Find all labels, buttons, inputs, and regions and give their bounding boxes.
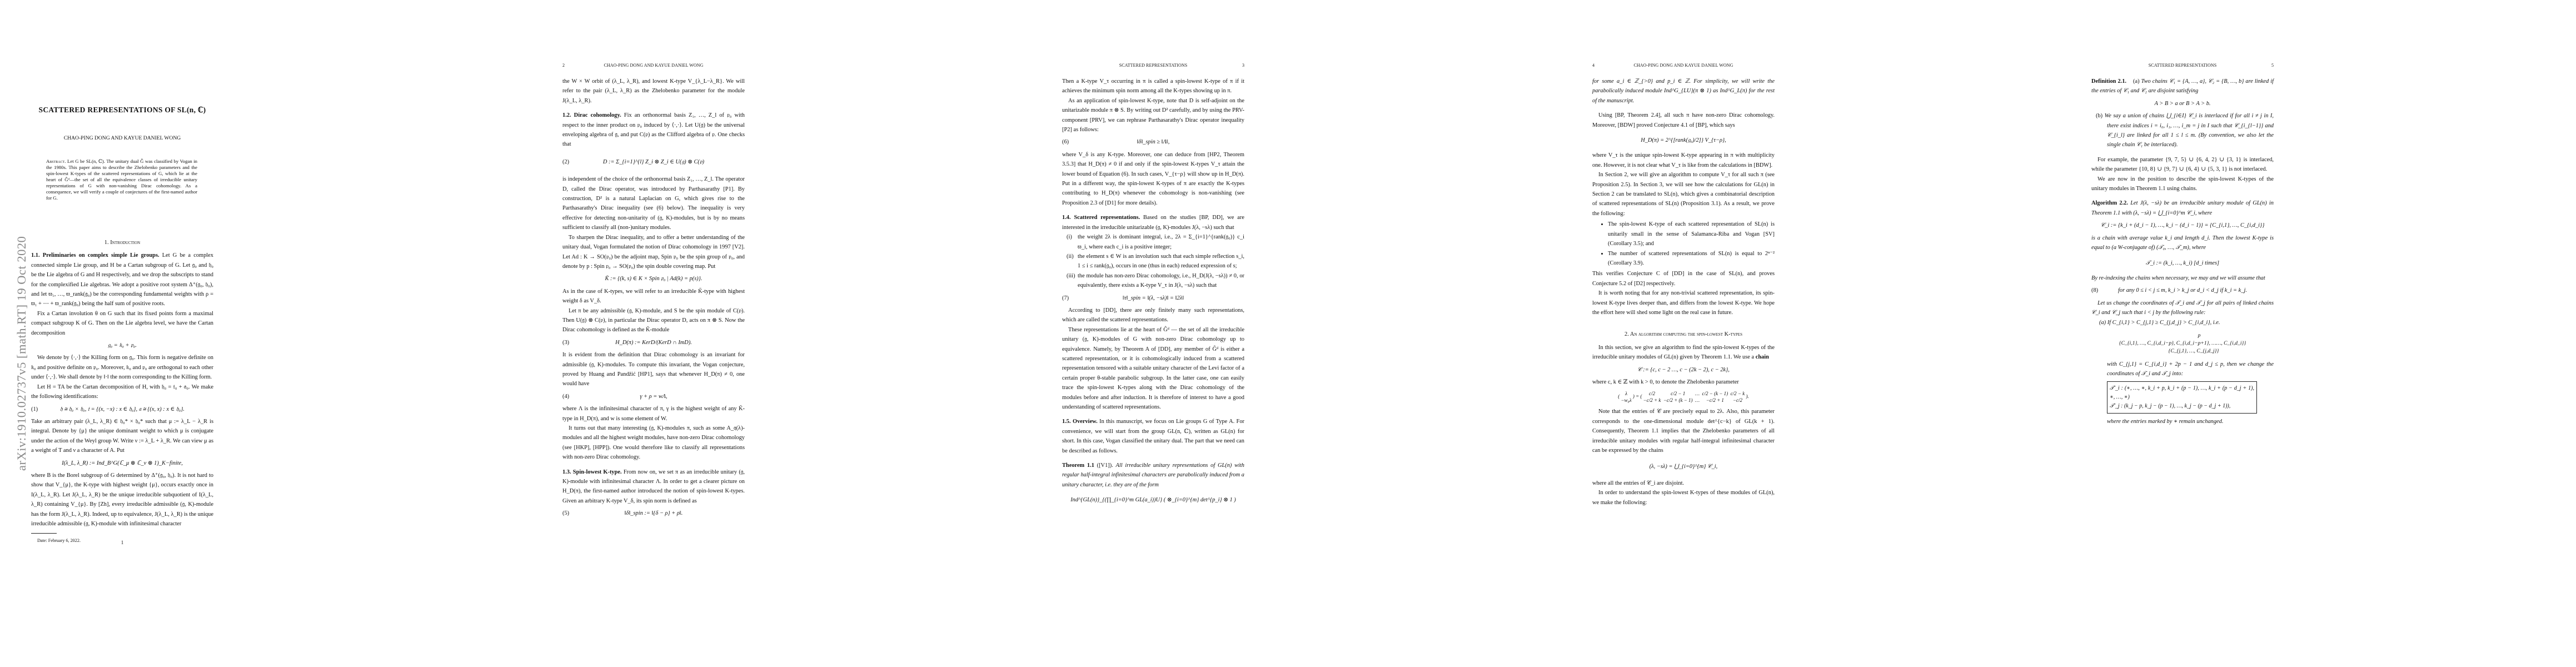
arxiv-stamp-text: arXiv:1910.02737v5 [math.RT] 19 Oct 2020 [14,236,29,471]
running-head-title: SCATTERED REPRESENTATIONS [2091,63,2274,68]
equation-tag: (3) [562,338,569,347]
paragraph-verifies: This verifies Conjecture C of [DD] in th… [1592,269,1775,288]
paragraph-note: Note that the entries of 𝒞 are precisely… [1592,407,1775,455]
paragraph-turns-out: It turns out that many interesting (𝔤, K… [562,424,745,462]
equation-chain: 𝒞 := {c, c − 2 …, c − (2k − 2), c − 2k}, [1592,365,1775,375]
spacer [1062,456,1244,461]
paragraph-heart: These representations lie at the heart o… [1062,325,1244,412]
paragraph-position: We are now in the position to describe t… [2091,175,2274,194]
equation-5: (5)‖δ‖_spin := ‖{δ − ρ} + ρ‖. [562,509,745,518]
theorem-1-1: Theorem 1.1 ([V1]). All irreducible unit… [1062,461,1244,490]
page-3-body: Then a K-type V_τ occurring in π is call… [1062,77,1244,511]
list-item: (i)the weight 2λ is dominant integral, i… [1062,232,1244,252]
matrix-cell: −c/2 + k [1643,397,1661,403]
equation-text: D := Σ_{i=1}^{l} Z_i ⊗ Z_i ∈ U(𝔤) ⊗ C(𝔭) [603,159,704,165]
subsection-1-5: 1.5. Overview. In this manuscript, we fo… [1062,417,1244,456]
equation-2: (2)D := Σ_{i=1}^{l} Z_i ⊗ Z_i ∈ U(𝔤) ⊗ C… [562,157,745,167]
paragraph-ktypes: As in the case of K-types, we will refer… [562,287,745,306]
equation-tag: (5) [562,509,569,518]
equation-text: Ind^{GL(n)}_{(∏_{i=0}^m GL(a_i))U} ( ⊗_{… [1070,497,1236,503]
item-label: (b) [2096,113,2102,119]
diagram-bottom-row: {C_{j,1}, …, C_{j,d_j}} [2091,347,2274,355]
rule-a: (a) If C_{i,1} > C_{j,1} ≥ C_{j,d_j} > C… [2091,318,2274,327]
matrix-cell: … [1695,391,1700,396]
page-number: 3 [1242,63,1244,68]
paragraph-lambda: where Λ is the infinitesimal character o… [562,404,745,424]
paragraph-orbit: the W × W orbit of (λ_L, λ_R), and lowes… [562,77,745,106]
list-item: (ii)the element s ∈ W is an involution s… [1062,252,1244,271]
equation-text: 𝔥 ≅ 𝔥₀ × 𝔥₀, 𝔱 = {(x, −x) : x ∈ 𝔥₀}, 𝔞 ≅… [60,406,185,412]
spacer [1592,106,1775,111]
abstract-text: Let G be SL(n, ℂ). The unitary dual Ĝ wa… [46,158,197,201]
paragraph-vogan: To sharpen the Dirac inequality, and to … [562,233,745,272]
matrix-cell: c/2 − 1 [1671,391,1685,396]
spacer [2091,150,2274,155]
paragraph-pair: Take an arbitrary pair (λ_L, λ_R) ∈ 𝔥₀* … [31,417,213,456]
equation-tag: (6) [1062,137,1069,147]
equation-ti: 𝒯_i := (k_i, …, k_i) [d_i times] [2091,258,2274,268]
page-2: 2 CHAO-PING DONG AND KAYUE DANIEL WONG t… [562,0,745,667]
equation-text: 𝔤₀ = 𝔨₀ + 𝔭₀. [108,342,137,349]
box-row-ti: 𝒯′_i : (∗, …, ∗, k_i + p, k_i + (p − 1),… [2110,384,2254,402]
paragraph-disjoint: where all the entries of 𝒞_i are disjoin… [1592,479,1775,488]
diagram-linked-chains: p {C_{i,1}, …, C_{i,d_i−p}, C_{i,d_i−p+1… [2091,332,2274,355]
definition-part-b: (b) We say a union of chains ⋃_{i∈I} 𝒞_i… [2091,111,2274,150]
spacer [1062,208,1244,213]
spacer [562,462,745,467]
paragraph-worth: It is worth noting that for any non-triv… [1592,288,1775,317]
subsection-label: 1.1. Preliminaries on complex simple Lie… [31,252,160,258]
running-head: 2 CHAO-PING DONG AND KAYUE DANIEL WONG [562,63,745,69]
matrix-cell: −c/2 + (k − 1) [1663,397,1693,403]
subsection-1-2: 1.2. Dirac cohomology. Fix an orthonorma… [562,111,745,150]
equation-tag: (7) [1062,293,1069,303]
paragraph-then: Then a K-type V_τ occurring in π is call… [1062,77,1244,96]
equation-k-tilde: K̃ := {(k, s) ∈ K × Spin 𝔭₀ | Ad(k) = p(… [562,274,745,283]
paragraph-borel: where B is the Borel subgroup of G deter… [31,471,213,529]
abstract-label: Abstract. [46,158,66,164]
paragraph-example: For example, the parameter {9, 7, 5} ∪ {… [2091,155,2274,175]
chain-term: chain [1756,354,1769,360]
equation-3: (3)H_D(π) := KerD/(KerD ∩ ImD). [562,338,745,347]
equation-cartan: 𝔤₀ = 𝔨₀ + 𝔭₀. [31,341,213,350]
paragraph-cartan: Fix a Cartan involution θ on G such that… [31,309,213,338]
section-heading-algorithm: 2. An algorithm computing the spin-lowes… [1592,330,1775,339]
equation-8: (8)for any 0 ≤ i < j ≤ m, k_i > k_j or d… [2091,286,2274,295]
boxed-rule: 𝒯′_i : (∗, …, ∗, k_i + p, k_i + (p − 1),… [2107,381,2257,414]
subsection-label: 1.5. Overview. [1062,419,1098,425]
paragraph-change: Let us change the coordinates of 𝒯_i and… [2091,298,2274,318]
equation-text: ‖δ‖_spin := ‖{δ − ρ} + ρ‖. [625,510,683,516]
equation-text: for any 0 ≤ i < j ≤ m, k_i > k_j or d_i … [2118,287,2247,293]
equation-tag: (1) [31,405,38,414]
item-label: (iii) [1067,271,1075,281]
subsection-1-3: 1.3. Spin-lowest K-type. From now on, we… [562,467,745,506]
matrix-cell: −w₀λ [1621,397,1631,403]
equation-tag: (4) [562,392,569,401]
paragraph-reindex: By re-indexing the chains when necessary… [2091,273,2274,283]
paragraph-section2: In Section 2, we will give an algorithm … [1592,170,1775,218]
equation-text: ‖τ‖_spin = ‖(λ, −sλ)‖ = ‖2λ‖ [1123,295,1184,301]
equation-text: K̃ := {(k, s) ∈ K × Spin 𝔭₀ | Ad(k) = p(… [605,276,702,282]
running-head: SCATTERED REPRESENTATIONS 3 [1062,63,1244,69]
result-list: The spin-lowest K-type of each scattered… [1592,220,1775,268]
matrix-cell: λ [1625,391,1627,396]
section-heading-intro: 1. Introduction [31,238,213,247]
equation-text: A > B > a or B > A > b. [2154,101,2210,107]
condition-list: (i)the weight 2λ is dominant integral, i… [1062,232,1244,290]
paragraph-text: Let G be a complex connected simple Lie … [31,252,213,307]
equation-text: I(λ_L, λ_R) := Ind_B^G(ℂ_μ ⊗ ℂ_ν ⊗ 1)_K−… [62,460,183,466]
paragraph-where: where V_δ is any K-type. Moreover, one c… [1062,150,1244,208]
arxiv-stamp: arXiv:1910.02737v5 [math.RT] 19 Oct 2020 [2,142,17,471]
equation-hd: H_D(π) = 2^{[rank(𝔤₀)/2]} V_{τ−ρ}, [1592,136,1775,145]
equation-text: ‖δ‖_spin ≥ ‖Λ‖, [1137,139,1170,145]
paragraph-dirac-operator: is independent of the choice of the orth… [562,175,745,232]
matrix-cell: −c/2 + 1 [1706,397,1724,403]
equation-6: (6)‖δ‖_spin ≥ ‖Λ‖, [1062,137,1244,147]
paragraph-text: In this section, we give an algorithm to… [1592,345,1775,360]
diagram-top-row: {C_{i,1}, …, C_{i,d_i−p}, C_{i,d_i−p+1},… [2091,340,2274,347]
matrix-cell: c/2 − (k − 1) [1702,391,1728,396]
paragraph-ta: Let H = TA be the Cartan decomposition o… [31,382,213,402]
definition-2-1: Definition 2.1. (a) Two chains 𝒞₁ = {A, … [2091,77,2274,96]
equation-ci: 𝒞_i := {k_i + (d_i − 1), …, k_i − (d_i −… [2091,221,2274,230]
matrix-cell: c/2 − k [1731,391,1745,396]
paragraph-where-ck: where c, k ∈ ℤ with k > 0, to denote the… [1592,377,1775,387]
equation-text: H_D(π) = 2^{[rank(𝔤₀)/2]} V_{τ−ρ}, [1641,137,1726,143]
theorem-continuation: for some a_i ∈ ℤ_{>0} and p_i ∈ ℤ. For s… [1592,77,1775,106]
abstract: Abstract. Let G be SL(n, ℂ). The unitary… [46,158,197,201]
spacer [2091,193,2274,198]
item-label: (ii) [1067,252,1074,261]
running-head-title: SCATTERED REPRESENTATIONS [1062,63,1244,68]
paper-title: SCATTERED REPRESENTATIONS OF SL(n, ℂ) [31,106,213,115]
subsection-label: 1.2. Dirac cohomology. [562,112,621,118]
equation-tag: (2) [562,157,569,167]
page-4: 4 CHAO-PING DONG AND KAYUE DANIEL WONG f… [1592,0,1775,667]
paragraph-evident: It is evident from the definition that D… [562,350,745,389]
theorem-label: Theorem 1.1 [1062,462,1094,469]
paper-authors: CHAO-PING DONG AND KAYUE DANIEL WONG [31,135,213,141]
equation-tag: (8) [2091,286,2098,295]
paragraph-in-this-section: In this section, we give an algorithm to… [1592,343,1775,362]
running-head-title: CHAO-PING DONG AND KAYUE DANIEL WONG [1592,63,1775,68]
equation-text: 𝒞 := {c, c − 2 …, c − (2k − 2), c − 2k}, [1637,367,1730,373]
equation-text: (λ, −sλ) = ⋃_{i=0}^{m} 𝒞_i, [1650,464,1718,470]
equation-zhelobenko-matrix: ( λ−w₀λ ) = ( c/2−c/2 + k c/2 − 1−c/2 + … [1592,390,1775,404]
subsection-label: 1.4. Scattered representations. [1062,215,1140,221]
page-2-body: the W × W orbit of (λ_L, λ_R), and lowes… [562,77,745,521]
equation-linked: A > B > a or B > A > b. [2091,99,2274,108]
paragraph-using: Using [BP, Theorem 2.4], all such π have… [1592,111,1775,130]
running-head-title: CHAO-PING DONG AND KAYUE DANIEL WONG [562,63,745,68]
matrix-cell: c/2 [1649,391,1655,396]
equation-text: 𝒯_i := (k_i, …, k_i) [d_i times] [2146,260,2219,266]
item-label: (i) [1067,232,1072,242]
algorithm-label: Algorithm 2.2. [2091,200,2128,206]
subsection-1-4: 1.4. Scattered representations. Based on… [1062,213,1244,232]
spacer [1592,317,1775,325]
matrix-lhs: λ−w₀λ [1621,390,1631,404]
box-row-tj: 𝒯′_j : (k_j − p, k_j − (p − 1), …, k_j −… [2110,402,2254,411]
equation-union: (λ, −sλ) = ⋃_{i=0}^{m} 𝒞_i, [1592,462,1775,471]
running-head: 4 CHAO-PING DONG AND KAYUE DANIEL WONG [1592,63,1775,69]
matrix-cell: −c/2 [1733,397,1742,403]
item-text: the weight 2λ is dominant integral, i.e.… [1078,234,1244,250]
page-number: 5 [2271,63,2274,68]
page-1: SCATTERED REPRESENTATIONS OF SL(n, ℂ) CH… [31,0,213,667]
footnote-rule [31,533,57,534]
equation-text: 𝒞_i := {k_i + (d_i − 1), …, k_i − (d_i −… [2101,222,2265,228]
diagram-brace-label: p [2091,332,2274,340]
page-1-body: 1. Introduction 1.1. Preliminaries on co… [31,233,213,546]
paragraph-application: As an application of spin-lowest K-type,… [1062,96,1244,135]
paragraph-chain-average: is a chain with average value k_i and le… [2091,233,2274,253]
subsection-label: 1.3. Spin-lowest K-type. [562,469,622,475]
page-5: SCATTERED REPRESENTATIONS 5 Definition 2… [2091,0,2274,667]
page-5-body: Definition 2.1. (a) Two chains 𝒞₁ = {A, … [2091,77,2274,426]
spacer [562,106,745,111]
definition-label: Definition 2.1. [2091,78,2126,84]
equation-4: (4)γ + ρ = wΛ, [562,392,745,401]
paragraph-pi: Let π be any admissible (𝔤, K)-module, a… [562,306,745,335]
definition-text: We say a union of chains ⋃_{i∈I} 𝒞_i is … [2105,113,2274,148]
subsection-1-1: 1.1. Preliminaries on complex simple Lie… [31,251,213,308]
paragraph-in-order: In order to understand the spin-lowest K… [1592,488,1775,507]
equation-text: H_D(π) := KerD/(KerD ∩ ImD). [615,340,692,346]
matrix-col: c/2 − 1−c/2 + (k − 1) [1663,390,1693,404]
matrix-col: c/2−c/2 + k [1643,390,1661,404]
equation-7: (7)‖τ‖_spin = ‖(λ, −sλ)‖ = ‖2λ‖ [1062,293,1244,303]
item-text: the module has non-zero Dirac cohomology… [1078,273,1244,288]
list-item: The number of scattered representations … [1608,249,1775,268]
list-item: (iii)the module has non-zero Dirac cohom… [1062,271,1244,291]
equation-text: γ + ρ = wΛ, [640,394,667,400]
paragraph-dd: According to [DD], there are only finite… [1062,306,1244,325]
spacer [1062,412,1244,417]
matrix-col: c/2 − k−c/2 [1731,390,1745,404]
item-label: (a) [2133,78,2140,84]
page-3: SCATTERED REPRESENTATIONS 3 Then a K-typ… [1062,0,1244,667]
equation-induced: I(λ_L, λ_R) := Ind_B^G(ℂ_μ ⊗ ℂ_ν ⊗ 1)_K−… [31,459,213,468]
page-4-body: for some a_i ∈ ℤ_{>0} and p_i ∈ ℤ. For s… [1592,77,1775,507]
paragraph-unique: where V_τ is the unique spin-lowest K-ty… [1592,151,1775,170]
paragraph-with: with C_{j,1} = C_{i,d_i} + 2p − 1 and d_… [2091,360,2274,379]
matrix-col: …… [1695,390,1700,404]
running-head: SCATTERED REPRESENTATIONS 5 [2091,63,2274,69]
theorem-citation: ([V1]). [1097,462,1113,469]
matrix-col: c/2 − (k − 1)−c/2 + 1 [1702,390,1728,404]
equation-1: (1)𝔥 ≅ 𝔥₀ × 𝔥₀, 𝔱 = {(x, −x) : x ∈ 𝔥₀}, … [31,405,213,414]
equation-theorem: Ind^{GL(n)}_{(∏_{i=0}^m GL(a_i))U} ( ⊗_{… [1062,495,1244,505]
list-item: The spin-lowest K-type of each scattered… [1608,220,1775,248]
page-number: 1 [31,540,213,545]
algorithm-2-2: Algorithm 2.2. Let J(λ, −sλ) be an irred… [2091,198,2274,218]
matrix-cell: … [1695,397,1700,403]
paragraph-remain: where the entries marked by ∗ remain unc… [2091,417,2274,426]
paragraph-killing: We denote by ⟨·,·⟩ the Killing form on 𝔤… [31,353,213,382]
item-text: the element s ∈ W is an involution such … [1078,253,1244,269]
